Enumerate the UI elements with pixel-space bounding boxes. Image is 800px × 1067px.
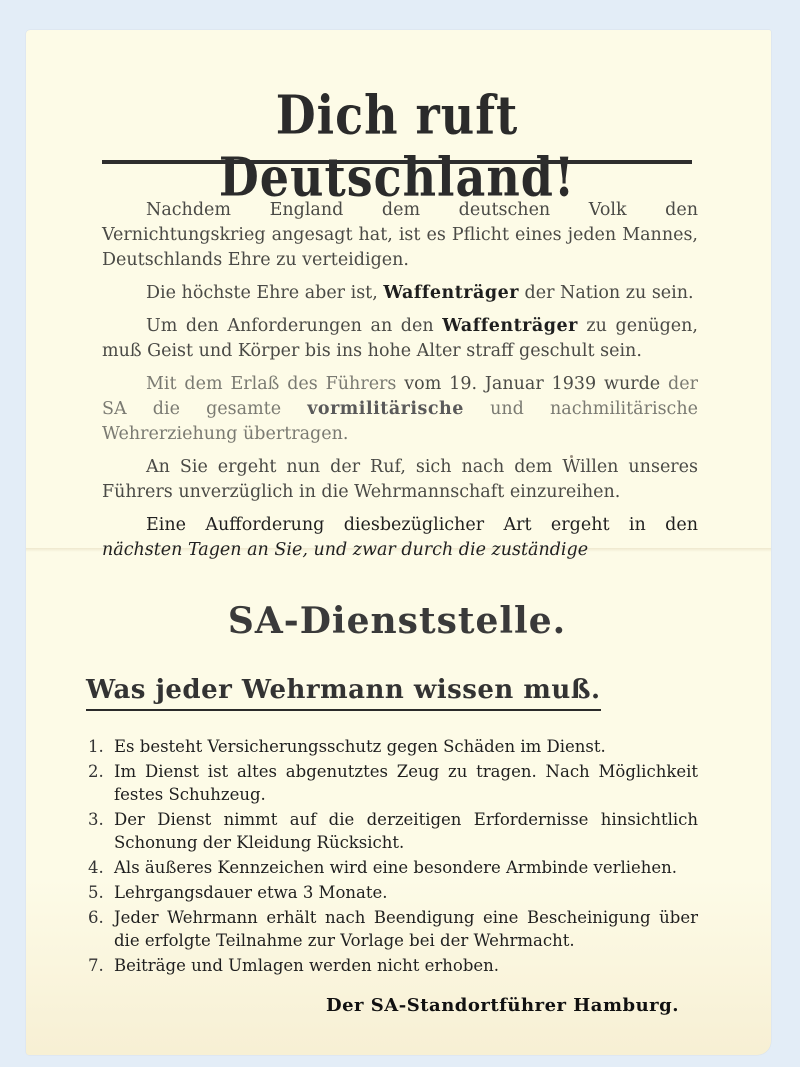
paragraph-6: Eine Aufforderung diesbezüglicher Art er… xyxy=(102,513,698,563)
section-heading: Was jeder Wehrmann wissen muß. xyxy=(86,675,601,711)
list-item-text: Der Dienst nimmt auf die derzeitigen Erf… xyxy=(114,808,698,854)
paragraph-3: Um den Anforderungen an den Waffenträger… xyxy=(102,314,698,364)
list-item-text: Im Dienst ist altes abgenutztes Zeug zu … xyxy=(114,760,698,806)
sa-office-heading: SA-Dienststelle. xyxy=(52,600,742,642)
signature: Der SA-Standortführer Hamburg. xyxy=(326,995,679,1016)
poster-body: Nachdem England dem deutschen Volk den V… xyxy=(102,198,698,571)
list-item-text: Beiträge und Umlagen werden nicht erhobe… xyxy=(114,954,698,977)
list-item-number: 4. xyxy=(88,856,114,879)
poster-title: Dich ruft Deutschland! xyxy=(102,84,692,208)
paper-speck xyxy=(570,455,573,458)
list-item-text: Jeder Wehrmann erhält nach Beendigung ei… xyxy=(114,906,698,952)
emphasis-vormilitaerische: vormilitärische xyxy=(307,399,464,419)
list-item-number: 1. xyxy=(88,735,114,758)
paragraph-2-text-b: der Nation zu sein. xyxy=(519,283,694,303)
list-item-text: Es besteht Versicherungsschutz gegen Sch… xyxy=(114,735,698,758)
emphasis-waffentraeger: Waffenträger xyxy=(383,283,519,303)
list-item: 1.Es besteht Versicherungsschutz gegen S… xyxy=(88,735,698,758)
paragraph-1: Nachdem England dem deutschen Volk den V… xyxy=(102,198,698,273)
paragraph-2: Die höchste Ehre aber ist, Waffenträger … xyxy=(102,281,698,306)
list-item-text: Als äußeres Kennzeichen wird eine besond… xyxy=(114,856,698,879)
list-item: 6.Jeder Wehrmann erhält nach Beendigung … xyxy=(88,906,698,952)
list-item: 3.Der Dienst nimmt auf die derzeitigen E… xyxy=(88,808,698,854)
list-item: 5.Lehrgangsdauer etwa 3 Monate. xyxy=(88,881,698,904)
list-item: 7.Beiträge und Umlagen werden nicht erho… xyxy=(88,954,698,977)
emphasis-waffentraeger: Waffenträger xyxy=(442,316,578,336)
title-underline xyxy=(102,160,692,164)
paragraph-6-text-b: nächsten Tagen an Sie, und zwar durch di… xyxy=(102,540,588,560)
poster-sheet: Dich ruft Deutschland! Nachdem England d… xyxy=(26,30,771,1055)
list-item-number: 5. xyxy=(88,881,114,904)
paragraph-4-text-a: Mit dem Erlaß des Führers xyxy=(146,374,404,394)
list-item: 4.Als äußeres Kennzeichen wird eine beso… xyxy=(88,856,698,879)
list-item-number: 3. xyxy=(88,808,114,854)
paragraph-4-date: vom 19. Januar 1939 wurde xyxy=(404,374,660,394)
paragraph-1-text: Nachdem England dem deutschen Volk den V… xyxy=(102,200,698,270)
paragraph-5-text: An Sie ergeht nun der Ruf, sich nach dem… xyxy=(102,457,698,502)
paragraph-3-text-a: Um den Anforderungen an den xyxy=(146,316,442,336)
list-item-number: 7. xyxy=(88,954,114,977)
list-item-text: Lehrgangsdauer etwa 3 Monate. xyxy=(114,881,698,904)
list-item-number: 2. xyxy=(88,760,114,806)
paragraph-4: Mit dem Erlaß des Führers vom 19. Januar… xyxy=(102,372,698,447)
paragraph-2-text-a: Die höchste Ehre aber ist, xyxy=(146,283,383,303)
paragraph-5: An Sie ergeht nun der Ruf, sich nach dem… xyxy=(102,455,698,505)
list-item: 2.Im Dienst ist altes abgenutztes Zeug z… xyxy=(88,760,698,806)
info-list: 1.Es besteht Versicherungsschutz gegen S… xyxy=(88,735,698,979)
paragraph-6-text-a: Eine Aufforderung diesbezüglicher Art er… xyxy=(146,515,698,535)
list-item-number: 6. xyxy=(88,906,114,952)
